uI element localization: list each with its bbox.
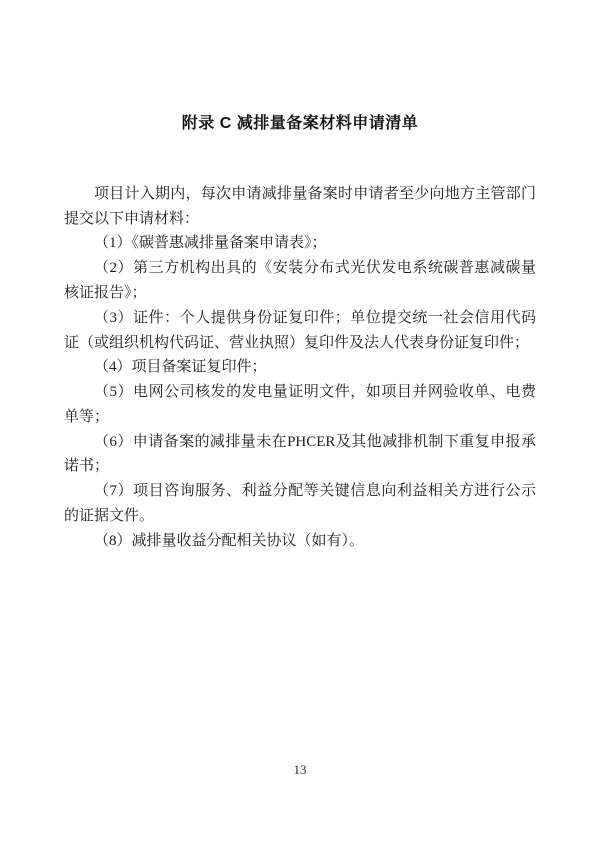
appendix-title: 附录 C 减排量备案材料申请清单 — [0, 11, 600, 134]
page-number: 13 — [0, 762, 600, 778]
list-item: （1）《碳普惠减排量备案申请表》； — [64, 231, 536, 256]
list-item: （6）申请备案的减排量未在PHCER及其他减排机制下重复申报承诺书； — [64, 430, 536, 480]
intro-paragraph: 项目计入期内，每次申请减排量备案时申请者至少向地方主管部门提交以下申请材料： — [64, 182, 536, 232]
list-item: （8）减排量收益分配相关协议（如有）。 — [64, 529, 536, 554]
list-item: （4）项目备案证复印件； — [64, 355, 536, 380]
document-body: 项目计入期内，每次申请减排量备案时申请者至少向地方主管部门提交以下申请材料： （… — [64, 182, 536, 554]
list-item: （5）电网公司核发的发电量证明文件，如项目并网验收单、电费单等； — [64, 380, 536, 430]
list-item: （2）第三方机构出具的《安装分布式光伏发电系统碳普惠减碳量核证报告》； — [64, 256, 536, 306]
list-item: （7）项目咨询服务、利益分配等关键信息向利益相关方进行公示的证据文件。 — [64, 479, 536, 529]
document-page: 附录 C 减排量备案材料申请清单 项目计入期内，每次申请减排量备案时申请者至少向… — [0, 0, 600, 848]
list-item: （3）证件：个人提供身份证复印件；单位提交统一社会信用代码证（或组织机构代码证、… — [64, 306, 536, 356]
